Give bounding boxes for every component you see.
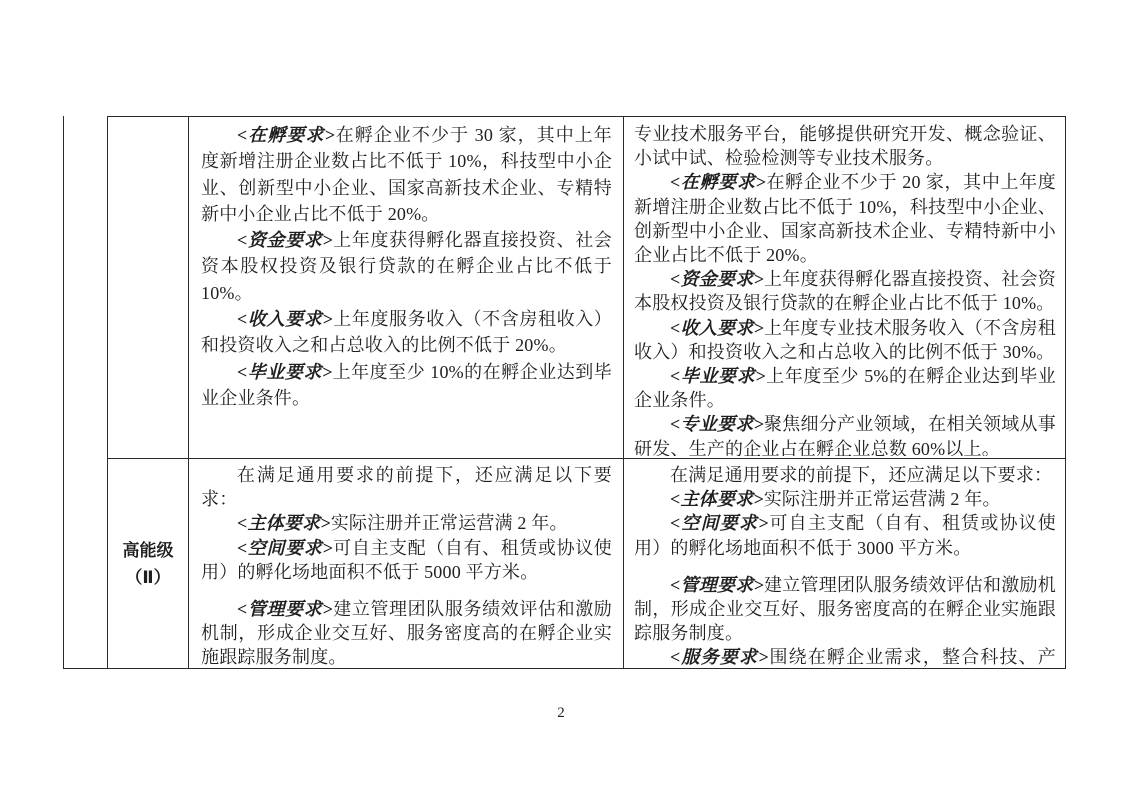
requirement-tag: <主体要求> [237, 513, 331, 533]
requirement-tag: <在孵要求> [670, 172, 766, 192]
table-border-right [1065, 116, 1066, 669]
paragraph: 专业技术服务平台，能够提供研究开发、概念验证、小试中试、检验检测等专业技术服务。 [634, 122, 1056, 170]
document-page: <在孵要求>在孵企业不少于 30 家，其中上年度新增注册企业数占比不低于 10%… [0, 0, 1122, 793]
requirement-tag: <资金要求> [237, 230, 333, 250]
paragraph: <主体要求>实际注册并正常运营满 2 年。 [201, 511, 612, 535]
paragraph: <在孵要求>在孵企业不少于 30 家，其中上年度新增注册企业数占比不低于 10%… [201, 122, 612, 227]
requirement-tag: <专业要求> [670, 414, 764, 434]
requirement-tag: <收入要求> [670, 318, 764, 338]
paragraph: <主体要求>实际注册并正常运营满 2 年。 [634, 487, 1056, 511]
table-row-divider [107, 458, 1066, 459]
table-cell-row2-left: 在满足通用要求的前提下，还应满足以下要求：<主体要求>实际注册并正常运营满 2 … [189, 460, 622, 667]
requirement-tag: <管理要求> [237, 599, 333, 619]
paragraph: <资金要求>上年度获得孵化器直接投资、社会资本股权投资及银行贷款的在孵企业占比不… [634, 267, 1056, 315]
table-cell-row1-left: <在孵要求>在孵企业不少于 30 家，其中上年度新增注册企业数占比不低于 10%… [189, 118, 622, 456]
incubator-criteria-table: <在孵要求>在孵企业不少于 30 家，其中上年度新增注册企业数占比不低于 10%… [63, 116, 1066, 669]
row-label-cell: 高能级 （Ⅱ） [108, 460, 188, 667]
paragraph: <服务要求>围绕在孵企业需求，整合科技、产业、 [634, 645, 1056, 667]
paragraph: 在满足通用要求的前提下，还应满足以下要求： [634, 463, 1056, 487]
requirement-tag: <空间要求> [237, 538, 333, 558]
row-label-line2: （Ⅱ） [125, 564, 170, 591]
row-label-line1: 高能级 [123, 537, 174, 564]
paragraph: <管理要求>建立管理团队服务绩效评估和激励机制，形成企业交互好、服务密度高的在孵… [201, 597, 612, 667]
requirement-tag: <收入要求> [237, 309, 333, 329]
paragraph: <资金要求>上年度获得孵化器直接投资、社会资本股权投资及银行贷款的在孵企业占比不… [201, 227, 612, 306]
requirement-tag: <毕业要求> [237, 362, 332, 382]
requirement-tag: <毕业要求> [670, 366, 766, 386]
table-cell-row2-right: 在满足通用要求的前提下，还应满足以下要求：<主体要求>实际注册并正常运营满 2 … [624, 460, 1064, 667]
requirement-tag: <在孵要求> [237, 125, 335, 145]
paragraph: <毕业要求>上年度至少 5%的在孵企业达到毕业企业条件。 [634, 364, 1056, 412]
table-cell-row1-right: 专业技术服务平台，能够提供研究开发、概念验证、小试中试、检验检测等专业技术服务。… [624, 118, 1064, 456]
table-border-top [107, 116, 1066, 117]
table-border-left [63, 116, 64, 669]
paragraph: <管理要求>建立管理团队服务绩效评估和激励机制，形成企业交互好、服务密度高的在孵… [634, 573, 1056, 646]
requirement-tag: <空间要求> [670, 513, 769, 533]
page-number: 2 [0, 705, 1122, 722]
requirement-tag: <资金要求> [670, 269, 764, 289]
paragraph: <收入要求>上年度专业技术服务收入（不含房租收入）和投资收入之和占总收入的比例不… [634, 316, 1056, 364]
requirement-tag: <服务要求> [670, 647, 769, 667]
requirement-tag: <管理要求> [670, 575, 764, 595]
table-border-bottom [63, 668, 1066, 669]
requirement-tag: <主体要求> [670, 489, 764, 509]
paragraph: <收入要求>上年度服务收入（不含房租收入）和投资收入之和占总收入的比例不低于 2… [201, 306, 612, 359]
paragraph: <毕业要求>上年度至少 10%的在孵企业达到毕业企业条件。 [201, 359, 612, 412]
paragraph: <专业要求>聚焦细分产业领域，在相关领域从事研发、生产的企业占在孵企业总数 60… [634, 412, 1056, 456]
paragraph: <在孵要求>在孵企业不少于 20 家，其中上年度新增注册企业数占比不低于 10%… [634, 170, 1056, 267]
paragraph: <空间要求>可自主支配（自有、租赁或协议使用）的孵化场地面积不低于 5000 平… [201, 536, 612, 584]
paragraph: 在满足通用要求的前提下，还应满足以下要求： [201, 463, 612, 511]
paragraph: <空间要求>可自主支配（自有、租赁或协议使用）的孵化场地面积不低于 3000 平… [634, 511, 1056, 559]
